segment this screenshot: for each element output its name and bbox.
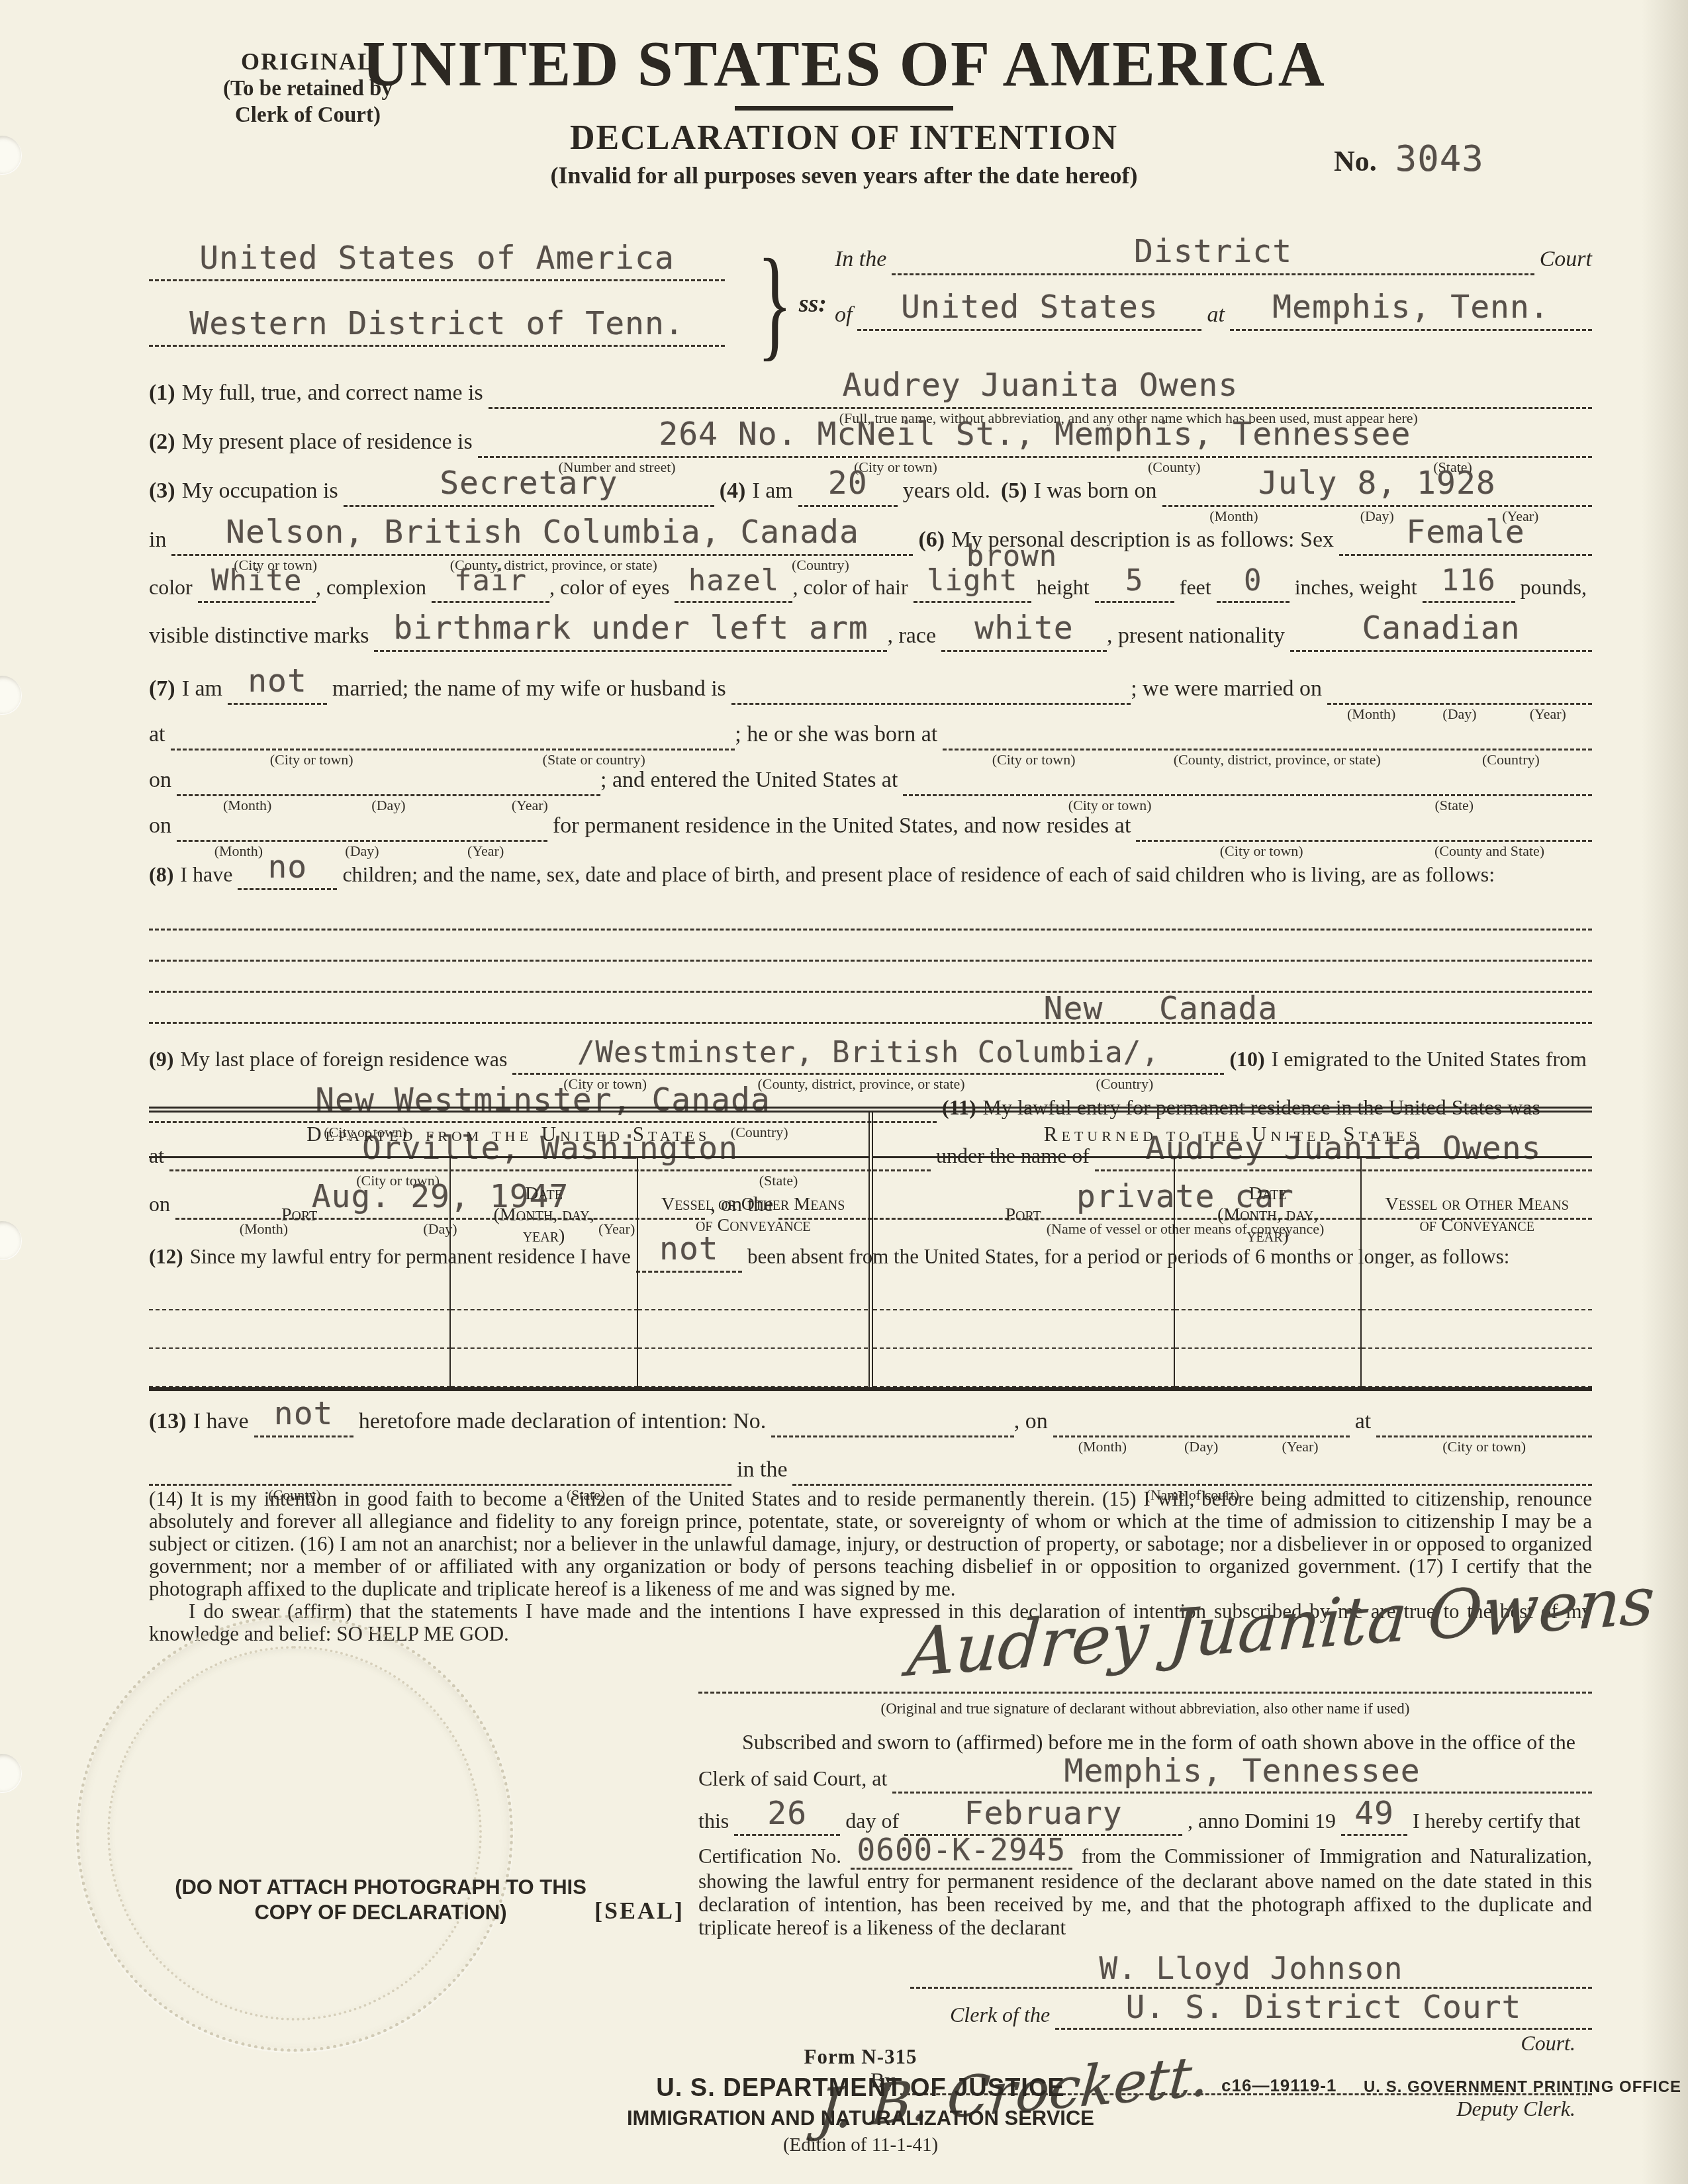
- sex-value: Female: [1406, 519, 1524, 545]
- race-blank: white: [941, 619, 1107, 652]
- spouse-birthdate-caption-day: (Day): [318, 797, 459, 813]
- prior-declaration-blank: not: [254, 1404, 353, 1437]
- date-header-line1: Date: [1249, 1183, 1287, 1205]
- photograph-warning: (DO NOT ATTACH PHOTOGRAPH TO THIS COPY O…: [156, 1875, 606, 1925]
- color-line: White: [198, 572, 316, 603]
- declaration-number: No. 3043: [1334, 138, 1484, 179]
- date-header-line3: year): [1246, 1226, 1289, 1247]
- cert-no-value: 0600-K-2945: [857, 1832, 1066, 1868]
- returned-row-cell: [873, 1349, 1175, 1387]
- date-header-line2: (Month, day,: [1217, 1205, 1318, 1226]
- venue-line2-value: Western District of Tenn.: [189, 305, 684, 342]
- married-value: not: [248, 668, 307, 694]
- birthplace-sex-row: in Nelson, British Columbia, Canada (Cit…: [149, 523, 1592, 556]
- item8-number: (8): [149, 860, 180, 888]
- court-at-line: Memphis, Tenn.: [1230, 298, 1592, 331]
- height-inches-value: 0: [1244, 568, 1262, 594]
- seal-inner-ring: [107, 1646, 482, 2021]
- height-feet-blank: 5: [1095, 572, 1174, 603]
- occupation-blank: Secretary: [344, 474, 714, 507]
- spouse-marriage-place-line: [171, 721, 735, 751]
- age-value: 20: [828, 470, 868, 496]
- spouse-entry-place-line: [903, 766, 1592, 796]
- foreign-residence-overflow-right: Canada: [1159, 995, 1278, 1022]
- month-value: February: [964, 1800, 1123, 1827]
- sworn-place-value: Memphis, Tennessee: [1064, 1758, 1421, 1784]
- month-blank: February: [904, 1804, 1182, 1836]
- birthplace-caption-county: (County, district, province, or state): [379, 557, 727, 573]
- spouse-entry-date-caption-year: (Year): [424, 843, 547, 859]
- cert-no-blank: 0600-K-2945: [851, 1843, 1073, 1870]
- court-name-blank: District: [892, 242, 1534, 275]
- spouse-birthplace-line: [943, 721, 1592, 751]
- service-name: IMMIGRATION AND NATURALIZATION SERVICE: [583, 2107, 1139, 2130]
- departed-date-header: Date (Month, day, year): [451, 1158, 637, 1272]
- signature-caption: (Original and true signature of declaran…: [698, 1697, 1592, 1721]
- prior-number-blank: [771, 1408, 1014, 1437]
- children-line: no: [238, 858, 337, 890]
- item9-label: My last place of foreign residence was: [180, 1045, 512, 1073]
- children-list-line: [149, 962, 1592, 993]
- year-value: 49: [1354, 1800, 1394, 1827]
- spouse-born-on-label: on: [149, 766, 177, 794]
- marks-label: visible distinctive marks: [149, 622, 374, 650]
- height-feet-line: 5: [1095, 572, 1174, 603]
- item2-number: (2): [149, 428, 182, 456]
- children-list-line: [149, 899, 1592, 931]
- month-line: February: [904, 1804, 1182, 1836]
- marks-value: birthmark under left arm: [393, 615, 868, 641]
- cert-no-label: Certification No.: [698, 1844, 841, 1868]
- height-label: height: [1031, 573, 1095, 601]
- weight-blank: 116: [1423, 572, 1515, 603]
- form-number: Form N-315: [583, 2045, 1139, 2069]
- form-footer: Form N-315 U. S. DEPARTMENT OF JUSTICE I…: [583, 2045, 1139, 2156]
- returned-row-cell: [1362, 1349, 1592, 1387]
- prior-court-line: [792, 1456, 1592, 1486]
- item4-number: (4): [714, 477, 753, 505]
- item3-4-5-row: (3) My occupation is Secretary (4) I am …: [149, 474, 1592, 507]
- residence-value: 264 No. McNeil St., Memphis, Tennessee: [659, 421, 1411, 447]
- color-value: White: [211, 568, 302, 594]
- court-title-value: U. S. District Court: [1126, 1994, 1522, 2021]
- page-edge-shadow: [1642, 0, 1688, 2184]
- court-name-line: District: [892, 242, 1534, 275]
- foreign-residence-overflow-left: New: [1044, 995, 1103, 1022]
- married-date-caption-year: (Year): [1504, 706, 1592, 722]
- spouse-residence-caption-county: (County and State): [1387, 843, 1592, 859]
- race-line: white: [941, 619, 1107, 652]
- prior-date-line: [1053, 1408, 1350, 1437]
- clerk-at-label: Clerk of said Court, at: [698, 1765, 892, 1792]
- item13-row2: (County) (State) in the (Name of court): [149, 1456, 1592, 1486]
- court-word: Court: [1534, 246, 1592, 273]
- brace-glyph: }: [757, 241, 792, 366]
- color-blank: White: [198, 572, 316, 603]
- departed-header: Departed from the United States: [149, 1113, 868, 1158]
- absence-table: Departed from the United States Port Dat…: [149, 1107, 1592, 1391]
- complexion-value: fair: [454, 568, 527, 594]
- item9-number: (9): [149, 1045, 180, 1073]
- item3-label: My occupation is: [182, 477, 344, 505]
- married-blank: not: [228, 672, 327, 705]
- prior-date-caption-month: (Month): [1053, 1439, 1152, 1455]
- children-list-line: New Canada: [149, 993, 1592, 1024]
- full-name-value: Audrey Juanita Owens: [842, 372, 1238, 398]
- prior-declaration-value: not: [274, 1400, 334, 1427]
- item13-in-the-label: in the: [731, 1456, 792, 1484]
- item4-suffix: years old.: [898, 477, 996, 505]
- spouse-birthdate-blank: (Month) (Day) (Year): [177, 766, 600, 796]
- foreign-residence-value: /Westminster, British Columbia/,: [577, 1040, 1160, 1066]
- item13-row1: (13) I have not heretofore made declarat…: [149, 1404, 1592, 1437]
- number-value: 3043: [1395, 138, 1484, 179]
- married-label: married; the name of my wife or husband …: [327, 675, 731, 703]
- returned-row-cell: [1175, 1272, 1362, 1310]
- spouse-at-label: at: [149, 721, 171, 749]
- departed-row-cell: [638, 1349, 868, 1387]
- in-label: in: [149, 526, 171, 554]
- spouse-born-label: ; he or she was born at: [735, 721, 943, 749]
- item3-number: (3): [149, 477, 182, 505]
- item13-number: (13): [149, 1408, 193, 1435]
- returned-row-cell: [1362, 1272, 1592, 1310]
- returned-header: Returned to the United States: [873, 1113, 1593, 1158]
- seal-tag: [SEAL]: [594, 1897, 684, 1925]
- prior-number-line: [771, 1408, 1014, 1437]
- spouse-birthdate-caption-month: (Month): [177, 797, 318, 813]
- spouse-entry-place-blank: (City or town) (State): [903, 766, 1592, 796]
- prior-date-caption-day: (Day): [1152, 1439, 1250, 1455]
- date-header-line2: (Month, day,: [493, 1205, 594, 1226]
- spouse-name-blank: [731, 675, 1131, 705]
- foreign-residence-line: /Westminster, British Columbia/,: [512, 1044, 1224, 1075]
- at-label: at: [1201, 301, 1229, 329]
- anno-label: , anno Domini 19: [1182, 1807, 1341, 1834]
- prior-place-blank: (City or town): [1376, 1408, 1592, 1437]
- prior-county-state-blank: (County) (State): [149, 1456, 731, 1486]
- date-header-line1: Date: [525, 1183, 563, 1205]
- birthdate-line: July 8, 1928: [1162, 474, 1592, 507]
- marks-blank: birthmark under left arm: [374, 619, 887, 652]
- item13-label2: heretofore made declaration of intention…: [353, 1408, 772, 1435]
- race-label: , race: [887, 622, 941, 650]
- spouse-birthplace-blank: (City or town) (County, district, provin…: [943, 721, 1592, 751]
- court-of-blank: United States: [857, 298, 1201, 331]
- spouse-birthplace-caption-city: (City or town): [943, 752, 1125, 768]
- birthplace-blank: Nelson, British Columbia, Canada (City o…: [171, 523, 913, 556]
- embossed-court-seal: [76, 1615, 513, 2052]
- nationality-label: , present nationality: [1107, 622, 1290, 650]
- feet-label: feet: [1174, 573, 1217, 601]
- spouse-entry-date-line: [177, 812, 547, 842]
- eyes-line: hazel: [675, 572, 792, 603]
- age-blank: 20: [798, 474, 898, 507]
- item7-number: (7): [149, 675, 182, 703]
- height-feet-value: 5: [1125, 568, 1144, 594]
- returned-row-cell: [1175, 1349, 1362, 1387]
- spouse-entry-caption-city: (City or town): [903, 797, 1316, 813]
- spouse-marriage-place-blank: (City or town) (State or country): [171, 721, 735, 751]
- item13-on-label: , on: [1014, 1408, 1053, 1435]
- full-name-line: Audrey Juanita Owens: [489, 376, 1592, 409]
- venue-brace: } ss:: [725, 242, 824, 365]
- day-value: 26: [767, 1800, 807, 1827]
- departed-row-cell: [638, 1310, 868, 1349]
- departed-row-cell: [149, 1310, 451, 1349]
- color-label: color: [149, 573, 198, 601]
- number-label: No.: [1334, 144, 1377, 178]
- sex-blank: Female: [1339, 523, 1592, 556]
- departed-row-cell: [451, 1272, 637, 1310]
- prior-date-caption-year: (Year): [1250, 1439, 1349, 1455]
- birthdate-value: July 8, 1928: [1258, 470, 1496, 496]
- departed-port-header: Port: [149, 1158, 451, 1272]
- departed-section: Departed from the United States Port Dat…: [149, 1113, 868, 1387]
- item13-at-label: at: [1350, 1408, 1377, 1435]
- item13-block: (13) I have not heretofore made declarat…: [149, 1404, 1592, 1486]
- prior-county-state-line: [149, 1456, 731, 1486]
- year-line: 49: [1341, 1804, 1407, 1836]
- scanned-declaration-of-intention: ORIGINAL (To be retained by Clerk of Cou…: [0, 0, 1688, 2184]
- edition-note: (Edition of 11-1-41): [583, 2134, 1139, 2156]
- vessel-header-line2: of Conveyance: [1419, 1215, 1534, 1236]
- clerk-name-blank: W. Lloyd Johnson: [910, 1959, 1592, 1989]
- spouse-birthdate-caption-year: (Year): [459, 797, 600, 813]
- eyes-label: , color of eyes: [549, 573, 675, 601]
- spouse-entry-date-blank: (Month) (Day) (Year): [177, 812, 547, 842]
- occupation-value: Secretary: [440, 470, 618, 496]
- of-label: of: [835, 301, 857, 329]
- height-inches-blank: 0: [1217, 572, 1289, 603]
- spouse-entered-label: ; and entered the United States at: [600, 766, 903, 794]
- item1-row: (1) My full, true, and correct name is A…: [149, 376, 1592, 409]
- occupation-line: Secretary: [344, 474, 714, 507]
- court-of-line: United States: [857, 298, 1201, 331]
- spouse-entry-on-label: on: [149, 812, 177, 840]
- returned-section: Returned to the United States Port Date …: [868, 1113, 1593, 1387]
- prior-declaration-line: not: [254, 1404, 353, 1437]
- birthdate-blank: July 8, 1928 (Month) (Day) (Year): [1162, 474, 1592, 507]
- departed-row-cell: [451, 1349, 637, 1387]
- court-title-blank: U. S. District Court: [1055, 1998, 1592, 2030]
- spouse-entry-date-caption-day: (Day): [301, 843, 424, 859]
- race-value: white: [974, 615, 1074, 641]
- prior-place-line: [1376, 1408, 1592, 1437]
- hair-line: light: [914, 572, 1031, 603]
- spouse-birthdate-line: [177, 766, 600, 796]
- marriage-place-caption-state: (State or country): [453, 752, 735, 768]
- departed-row-cell: [638, 1272, 868, 1310]
- hair-value-overflow: brown: [966, 543, 1057, 570]
- children-list-line: [149, 931, 1592, 962]
- returned-vessel-header: Vessel or Other Means of Conveyance: [1362, 1158, 1592, 1272]
- residence-line: 264 No. McNeil St., Memphis, Tennessee: [478, 425, 1592, 458]
- prior-place-caption: (City or town): [1376, 1439, 1592, 1455]
- item7-row4: on (Month) (Day) (Year) for permanent re…: [149, 812, 1592, 842]
- court-name-value: District: [1134, 238, 1292, 265]
- venue-block: United States of America Western Distric…: [149, 242, 1592, 365]
- returned-row-cell: [873, 1272, 1175, 1310]
- returned-row-cell: [1362, 1310, 1592, 1349]
- ss-label: ss:: [799, 289, 827, 318]
- sworn-place-line: Memphis, Tennessee: [892, 1762, 1592, 1794]
- vessel-header-line1: Vessel or Other Means: [661, 1194, 845, 1215]
- clerk-of-label: Clerk of the: [950, 2001, 1055, 2028]
- photograph-warning-line1: (DO NOT ATTACH PHOTOGRAPH TO THIS: [156, 1875, 606, 1900]
- item10-number: (10): [1224, 1045, 1271, 1073]
- signature-rule: [698, 1692, 1592, 1694]
- hair-label: , color of hair: [792, 573, 913, 601]
- venue-court: In the District Court of United States a…: [824, 242, 1592, 365]
- item8-row: (8) I have no children; and the name, se…: [149, 858, 1592, 890]
- description-row: color White , complexion fair , color of…: [149, 572, 1592, 603]
- item9-10-row: (9) My last place of foreign residence w…: [149, 1044, 1592, 1075]
- item2-row: (2) My present place of residence is 264…: [149, 425, 1592, 458]
- hair-blank: light brown: [914, 572, 1031, 603]
- item7-row3: on (Month) (Day) (Year) ; and entered th…: [149, 766, 1592, 796]
- punch-hole: [0, 1754, 21, 1792]
- returned-row-cell: [1175, 1310, 1362, 1349]
- vessel-header-line2: of Conveyance: [696, 1215, 810, 1236]
- spouse-entry-caption-state: (State): [1317, 797, 1592, 813]
- nationality-value: Canadian: [1362, 615, 1520, 641]
- item13-label1: I have: [193, 1408, 254, 1435]
- pounds-label: pounds,: [1515, 573, 1592, 601]
- item2-label: My present place of residence is: [182, 428, 478, 456]
- inches-weight-label: inches, weight: [1289, 573, 1423, 601]
- marks-line: birthmark under left arm: [374, 619, 887, 652]
- day-of-label: day of: [840, 1807, 904, 1834]
- marriage-place-caption-city: (City or town): [171, 752, 453, 768]
- married-date-line: [1327, 675, 1592, 705]
- full-name-blank: Audrey Juanita Owens (Full, true name, w…: [489, 376, 1592, 409]
- item5-number: (5): [996, 477, 1034, 505]
- spouse-birthplace-caption-county: (County, district, province, or state): [1125, 752, 1430, 768]
- prior-date-blank: (Month) (Day) (Year): [1053, 1408, 1350, 1437]
- vessel-header-line1: Vessel or Other Means: [1385, 1194, 1568, 1215]
- spouse-resides-label: for permanent residence in the United St…: [547, 812, 1136, 840]
- departed-row-cell: [149, 1272, 451, 1310]
- eyes-value: hazel: [688, 568, 779, 594]
- venue-line1: United States of America: [149, 242, 725, 281]
- clerk-title-row: Clerk of the U. S. District Court: [698, 1998, 1592, 2030]
- foreign-residence-caption-country: (Country): [1025, 1076, 1224, 1092]
- date-row: this 26 day of February , anno Domini 19…: [698, 1804, 1592, 1836]
- this-label: this: [698, 1807, 734, 1834]
- date-header-line3: year): [523, 1226, 565, 1247]
- marks-row: visible distinctive marks birthmark unde…: [149, 619, 1592, 652]
- spouse-residence-line: [1136, 812, 1592, 842]
- spouse-birthplace-caption-country: (Country): [1430, 752, 1592, 768]
- venue-line1-value: United States of America: [199, 240, 675, 277]
- item5-label: I was born on: [1034, 477, 1162, 505]
- in-the-label: In the: [835, 246, 892, 273]
- height-inches-line: 0: [1217, 572, 1289, 603]
- spouse-residence-blank: (City or town) (County and State): [1136, 812, 1592, 842]
- sex-line: Female: [1339, 523, 1592, 556]
- weight-line: 116: [1423, 572, 1515, 603]
- item1-number: (1): [149, 379, 182, 407]
- title-underline: [735, 106, 953, 111]
- court-title-line: U. S. District Court: [1055, 1998, 1592, 2030]
- departed-row-cell: [451, 1310, 637, 1349]
- complexion-line: fair: [432, 572, 549, 603]
- certification-paragraph: Certification No. 0600-K-2945 from the C…: [698, 1843, 1592, 1939]
- subscribed-line: Subscribed and sworn to (affirmed) befor…: [698, 1729, 1592, 1755]
- departed-row-cell: [149, 1349, 451, 1387]
- item4-label: I am: [752, 477, 798, 505]
- children-blank: no: [238, 858, 337, 890]
- prior-court-blank: (Name of court): [792, 1456, 1592, 1486]
- residence-blank: 264 No. McNeil St., Memphis, Tennessee (…: [478, 425, 1592, 458]
- weight-value: 116: [1441, 568, 1495, 594]
- item1-label: My full, true, and correct name is: [182, 379, 489, 407]
- print-code: c16—19119-1: [1221, 2075, 1336, 2096]
- certify-label: I hereby certify that: [1407, 1807, 1585, 1834]
- complexion-blank: fair: [432, 572, 549, 603]
- married-date-caption-day: (Day): [1415, 706, 1503, 722]
- married-date-caption-month: (Month): [1327, 706, 1415, 722]
- item8-label2: children; and the name, sex, date and pl…: [337, 860, 1500, 888]
- children-value: no: [267, 854, 307, 880]
- item10-label: I emigrated to the United States from: [1272, 1045, 1592, 1073]
- court-at-value: Memphis, Tenn.: [1272, 294, 1550, 320]
- returned-row-cell: [873, 1310, 1175, 1349]
- department-name: U. S. DEPARTMENT OF JUSTICE: [583, 2074, 1139, 2103]
- punch-hole: [0, 676, 21, 714]
- printing-office: U. S. GOVERNMENT PRINTING OFFICE: [1364, 2078, 1681, 2097]
- eyes-blank: hazel: [675, 572, 792, 603]
- spouse-name-line: [731, 675, 1131, 705]
- nationality-blank: Canadian: [1290, 619, 1592, 652]
- country-title: UNITED STATES OF AMERICA: [0, 30, 1688, 98]
- day-line: 26: [734, 1804, 840, 1836]
- residence-caption-city: (City or town): [757, 459, 1035, 475]
- birthdate-caption-month: (Month): [1162, 508, 1305, 524]
- item7-i-am-label: I am: [182, 675, 228, 703]
- married-date-blank: (Month) (Day) (Year): [1327, 675, 1592, 705]
- sworn-place-blank: Memphis, Tennessee: [892, 1762, 1592, 1794]
- foreign-residence-blank: /Westminster, British Columbia/, (City o…: [512, 1044, 1224, 1075]
- venue-parties: United States of America Western Distric…: [149, 242, 725, 365]
- photograph-warning-line2: COPY OF DECLARATION): [156, 1900, 606, 1925]
- married-line: not: [228, 672, 327, 705]
- complexion-label: , complexion: [316, 573, 432, 601]
- we-were-married-label: ; we were married on: [1131, 675, 1327, 703]
- court-of-value: United States: [901, 294, 1158, 320]
- item6-number: (6): [913, 526, 951, 554]
- birthplace-line: Nelson, British Columbia, Canada: [171, 523, 913, 556]
- item7-row2: at (City or town) (State or country) ; h…: [149, 721, 1592, 751]
- spouse-residence-caption-city: (City or town): [1136, 843, 1387, 859]
- item7-row1: (7) I am not married; the name of my wif…: [149, 672, 1592, 705]
- returned-date-header: Date (Month, day, year): [1175, 1158, 1362, 1272]
- departed-vessel-header: Vessel or Other Means of Conveyance: [638, 1158, 868, 1272]
- day-blank: 26: [734, 1804, 840, 1836]
- venue-line2: Western District of Tenn.: [149, 308, 725, 347]
- nationality-line: Canadian: [1290, 619, 1592, 652]
- clerk-name-value: W. Lloyd Johnson: [1099, 1950, 1403, 1986]
- year-blank: 49: [1341, 1804, 1407, 1836]
- court-at-blank: Memphis, Tenn.: [1230, 298, 1592, 331]
- punch-hole: [0, 1221, 21, 1259]
- clerk-at-row: Clerk of said Court, at Memphis, Tenness…: [698, 1762, 1592, 1794]
- age-line: 20: [798, 474, 898, 507]
- returned-port-header: Port: [873, 1158, 1175, 1272]
- item8-label1: I have: [180, 860, 238, 888]
- birthplace-value: Nelson, British Columbia, Canada: [226, 519, 859, 545]
